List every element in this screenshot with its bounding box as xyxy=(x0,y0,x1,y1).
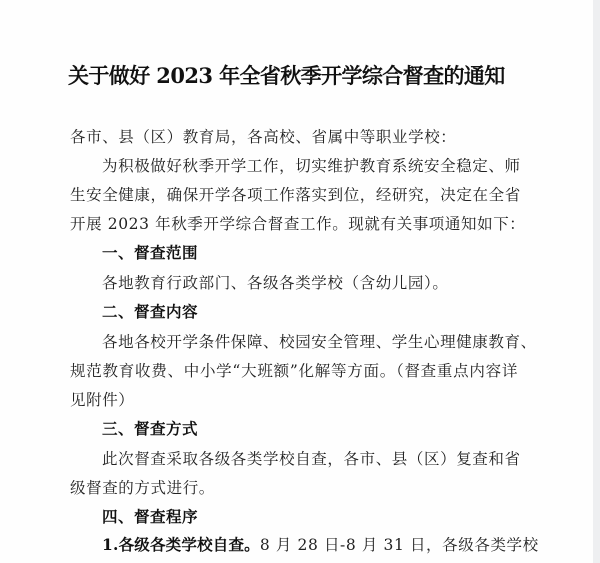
addressee-line: 各市、县（区）教育局，各高校、省属中等职业学校： xyxy=(70,127,518,147)
content-line-3: 见附件） xyxy=(70,390,518,410)
procedure-item-1-text: 8 月 28 日-8 月 31 日，各级各类学校 xyxy=(260,536,539,554)
method-line-1: 此次督查采取各级各类学校自查，各市、县（区）复查和省 xyxy=(102,449,518,469)
intro-line-2: 生安全健康，确保开学各项工作落实到位，经研究，决定在全省 xyxy=(70,185,518,205)
intro-line-3: 开展 2023 年秋季开学综合督查工作。现就有关事项通知如下： xyxy=(70,214,518,234)
procedure-item-1-lead: 1.各级各类学校自查。 xyxy=(102,535,260,554)
method-line-2: 级督查的方式进行。 xyxy=(70,478,518,498)
scrollbar-track[interactable] xyxy=(593,0,600,563)
section-heading-scope: 一、督查范围 xyxy=(102,243,198,263)
document-title: 关于做好 2023 年全省秋季开学综合督查的通知 xyxy=(68,62,513,90)
document-page: 关于做好 2023 年全省秋季开学综合督查的通知 各市、县（区）教育局，各高校、… xyxy=(0,0,593,563)
procedure-item-1: 1.各级各类学校自查。8 月 28 日-8 月 31 日，各级各类学校 xyxy=(102,535,518,555)
section-heading-content: 二、督查内容 xyxy=(102,302,198,322)
section-heading-procedure: 四、督查程序 xyxy=(102,507,198,527)
intro-line-1: 为积极做好秋季开学工作，切实维护教育系统安全稳定、师 xyxy=(102,156,518,176)
content-line-1: 各地各校开学条件保障、校园安全管理、学生心理健康教育、 xyxy=(102,332,518,352)
section-heading-method: 三、督查方式 xyxy=(102,419,198,439)
content-line-2: 规范教育收费、中小学“大班额”化解等方面。（督查重点内容详 xyxy=(70,361,518,381)
scope-line-1: 各地教育行政部门、各级各类学校（含幼儿园）。 xyxy=(102,273,518,293)
